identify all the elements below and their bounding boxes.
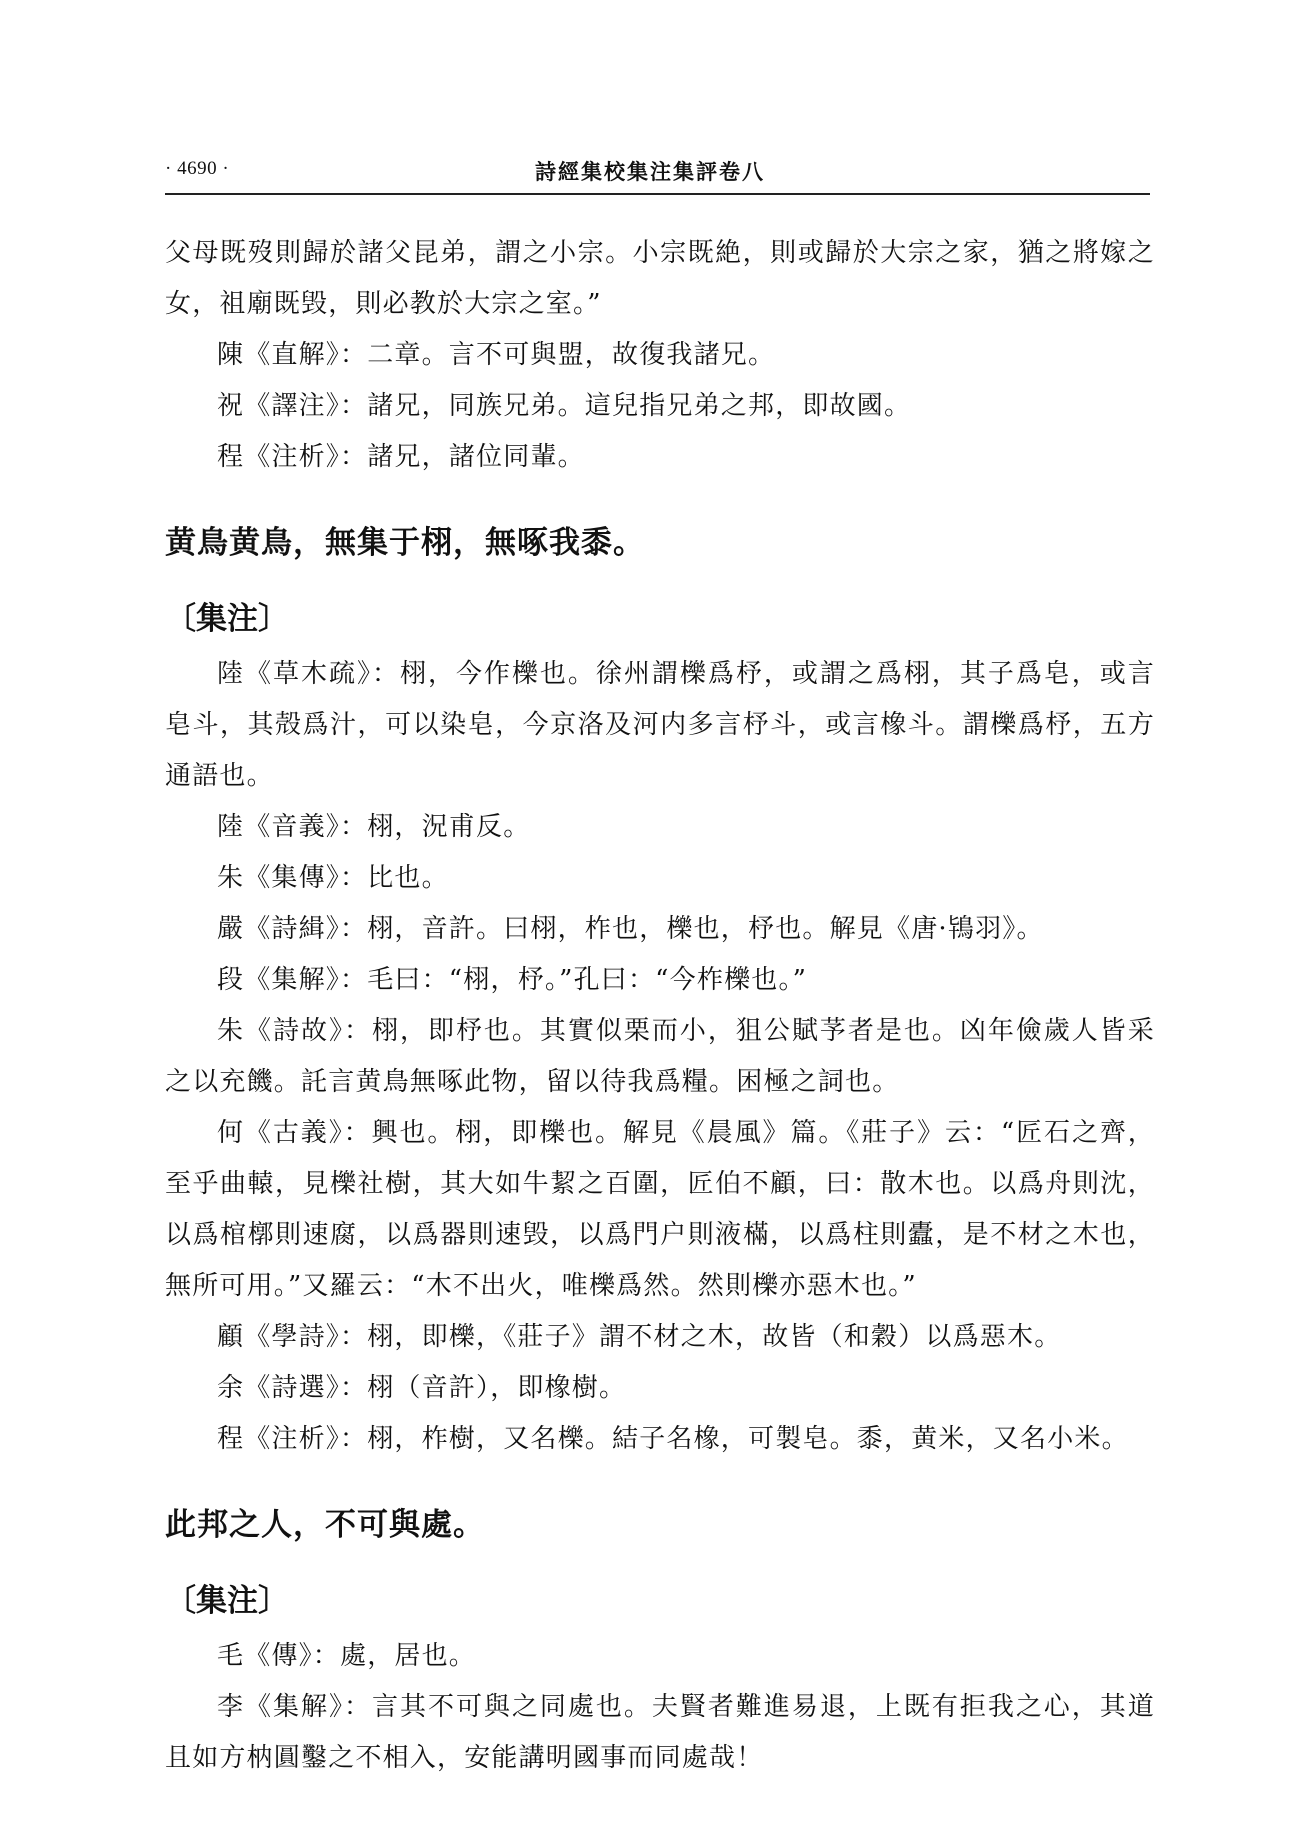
- commentary-lu-caomushu: 陸《草木疏》：栩，今作櫟也。徐州謂櫟爲杼，或謂之爲栩，其子爲皂，或言皂斗，其殻爲…: [165, 649, 1155, 802]
- commentary-zhu-shigu: 朱《詩故》：栩，即杼也。其實似栗而小，狙公賦芧者是也。凶年儉歲人皆采之以充饑。託…: [165, 1006, 1155, 1108]
- header-rule: [165, 193, 1150, 195]
- paragraph-continued: 父母既歿則歸於諸父昆弟，謂之小宗。小宗既絶，則或歸於大宗之家，猶之將嫁之女，祖廟…: [165, 228, 1155, 330]
- commentary-yu-shixuan: 余《詩選》：栩（音許），即橡樹。: [165, 1363, 1155, 1414]
- section-label-jizhu-2: 〔集注〕: [165, 1581, 1155, 1621]
- commentary-chen-zhijie: 陳《直解》：二章。言不可與盟，故復我諸兄。: [165, 330, 1155, 381]
- verse-heading-1: 黄鳥黄鳥，無集于栩，無啄我黍。: [165, 523, 1155, 563]
- commentary-cheng-zhuxi-2: 程《注析》：栩，柞樹，又名櫟。結子名橡，可製皂。黍，黄米，又名小米。: [165, 1414, 1155, 1465]
- verse-heading-2: 此邦之人，不可與處。: [165, 1505, 1155, 1545]
- commentary-duan-jijie: 段《集解》：毛曰：“栩，杼。”孔曰：“今柞櫟也。”: [165, 955, 1155, 1006]
- commentary-mao-zhuan: 毛《傳》：處，居也。: [165, 1631, 1155, 1682]
- commentary-he-guyi: 何《古義》：興也。栩，即櫟也。解見《晨風》篇。《莊子》云：“匠石之齊，至乎曲轅，…: [165, 1108, 1155, 1312]
- page-body: 父母既歿則歸於諸父昆弟，謂之小宗。小宗既絶，則或歸於大宗之家，猶之將嫁之女，祖廟…: [165, 228, 1155, 1784]
- commentary-zhu-yizhu: 祝《譯注》：諸兄，同族兄弟。這兒指兄弟之邦，即故國。: [165, 381, 1155, 432]
- section-label-jizhu-1: 〔集注〕: [165, 599, 1155, 639]
- commentary-yan-shiji: 嚴《詩緝》：栩，音許。曰栩，柞也，櫟也，杼也。解見《唐·鴇羽》。: [165, 904, 1155, 955]
- commentary-zhu-jizhuan: 朱《集傳》：比也。: [165, 853, 1155, 904]
- page-header: · 4690 · 詩經集校集注集評卷八: [165, 150, 1150, 194]
- page-number: · 4690 ·: [165, 158, 229, 180]
- commentary-cheng-zhuxi: 程《注析》：諸兄，諸位同輩。: [165, 432, 1155, 483]
- commentary-li-jijie: 李《集解》：言其不可與之同處也。夫賢者難進易退，上既有拒我之心，其道且如方枘圓鑿…: [165, 1682, 1155, 1784]
- commentary-lu-yinyi: 陸《音義》：栩，況甫反。: [165, 802, 1155, 853]
- commentary-gu-xueshi: 顧《學詩》：栩，即櫟，《莊子》謂不材之木，故皆（和穀）以爲惡木。: [165, 1312, 1155, 1363]
- running-title: 詩經集校集注集評卷八: [535, 156, 765, 186]
